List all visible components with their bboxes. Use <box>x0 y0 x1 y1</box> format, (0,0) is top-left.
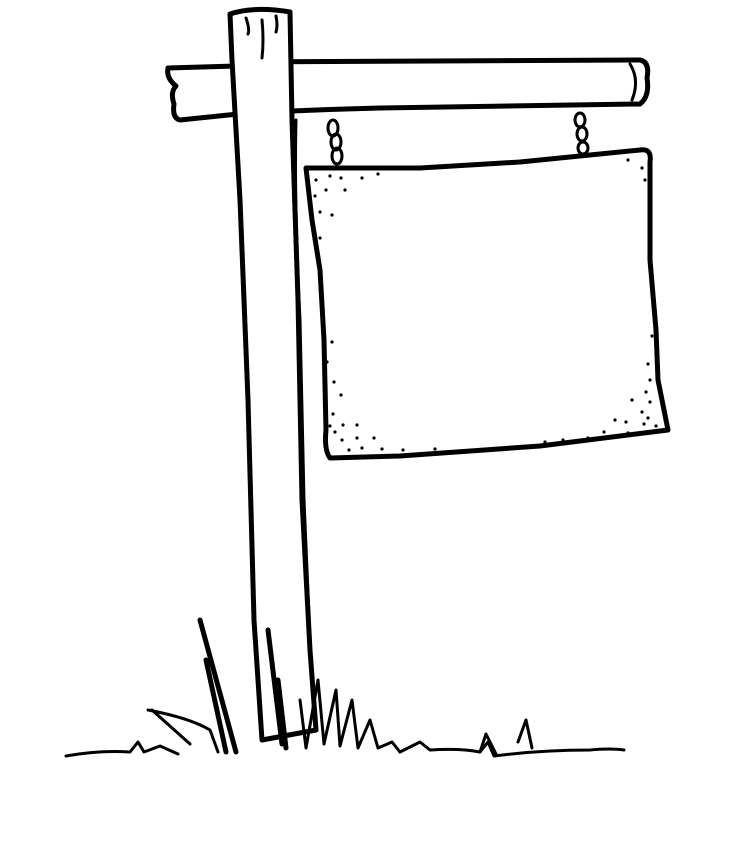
blank-sign <box>306 150 668 458</box>
signpost-illustration <box>0 0 729 841</box>
right-chain <box>575 113 588 154</box>
grass <box>66 620 624 756</box>
post <box>230 9 316 740</box>
left-chain <box>328 120 342 164</box>
